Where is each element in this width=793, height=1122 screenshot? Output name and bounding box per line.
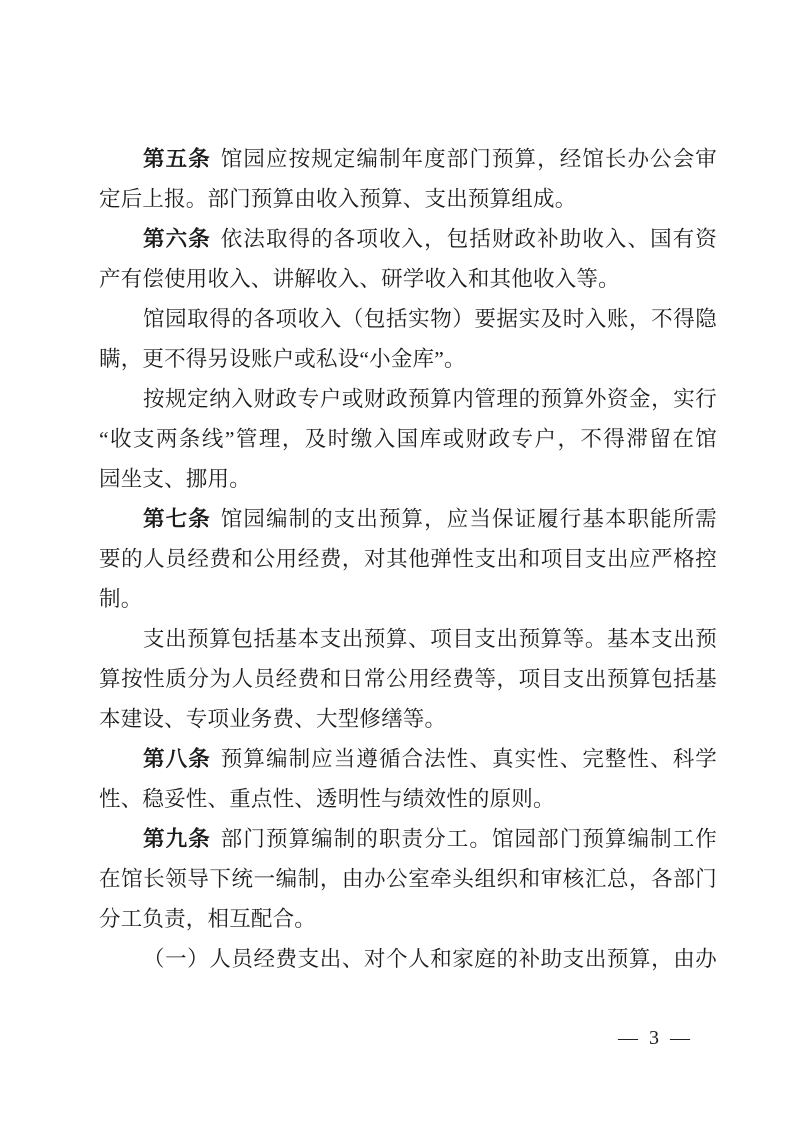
line-text: 瞒，更不得另设账户或私设“小金库”。 [99, 347, 466, 371]
text-line: 第九条部门预算编制的职责分工。馆园部门预算编制工作 [99, 819, 717, 859]
article-number: 第九条 [143, 827, 211, 851]
text-line: “收支两条线”管理，及时缴入国库或财政专户，不得滞留在馆 [99, 419, 717, 459]
line-text: 部门预算编制的职责分工。馆园部门预算编制工作 [221, 827, 717, 851]
text-line: 园坐支、挪用。 [99, 459, 717, 499]
text-line: 瞒，更不得另设账户或私设“小金库”。 [99, 339, 717, 379]
line-text: 制。 [99, 587, 142, 611]
text-line: 在馆长领导下统一编制，由办公室牵头组织和审核汇总，各部门 [99, 859, 717, 899]
text-line: 支出预算包括基本支出预算、项目支出预算等。基本支出预 [99, 619, 717, 659]
text-line: 定后上报。部门预算由收入预算、支出预算组成。 [99, 179, 717, 219]
line-text: （一）人员经费支出、对个人和家庭的补助支出预算，由办 [143, 947, 717, 971]
text-line: 馆园取得的各项收入（包括实物）要据实及时入账，不得隐 [99, 299, 717, 339]
page-number: — 3 — [618, 1023, 693, 1053]
line-text: 支出预算包括基本支出预算、项目支出预算等。基本支出预 [143, 627, 717, 651]
text-line: 产有偿使用收入、讲解收入、研学收入和其他收入等。 [99, 259, 717, 299]
text-line: 制。 [99, 579, 717, 619]
line-text: 馆园编制的支出预算，应当保证履行基本职能所需 [221, 507, 717, 531]
article-number: 第七条 [143, 507, 211, 531]
text-line: 第五条馆园应按规定编制年度部门预算，经馆长办公会审 [99, 139, 717, 179]
line-text: 要的人员经费和公用经费，对其他弹性支出和项目支出应严格控 [99, 547, 717, 571]
line-text: 产有偿使用收入、讲解收入、研学收入和其他收入等。 [99, 267, 620, 291]
text-line: 第六条依法取得的各项收入，包括财政补助收入、国有资 [99, 219, 717, 259]
document-body: 第五条馆园应按规定编制年度部门预算，经馆长办公会审 定后上报。部门预算由收入预算… [99, 139, 717, 979]
line-text: 在馆长领导下统一编制，由办公室牵头组织和审核汇总，各部门 [99, 867, 717, 891]
text-line: 第七条馆园编制的支出预算，应当保证履行基本职能所需 [99, 499, 717, 539]
text-line: 第八条预算编制应当遵循合法性、真实性、完整性、科学 [99, 739, 717, 779]
line-text: 按规定纳入财政专户或财政预算内管理的预算外资金，实行 [143, 387, 717, 411]
text-line: 本建设、专项业务费、大型修缮等。 [99, 699, 717, 739]
line-text: 依法取得的各项收入，包括财政补助收入、国有资 [221, 227, 717, 251]
text-line: （一）人员经费支出、对个人和家庭的补助支出预算，由办 [99, 939, 717, 979]
article-number: 第五条 [143, 147, 211, 171]
line-text: 定后上报。部门预算由收入预算、支出预算组成。 [99, 187, 576, 211]
text-line: 分工负责，相互配合。 [99, 899, 717, 939]
line-text: 性、稳妥性、重点性、透明性与绩效性的原则。 [99, 787, 555, 811]
text-line: 性、稳妥性、重点性、透明性与绩效性的原则。 [99, 779, 717, 819]
line-text: 本建设、专项业务费、大型修缮等。 [99, 707, 446, 731]
line-text: 分工负责，相互配合。 [99, 907, 316, 931]
line-text: 算按性质分为人员经费和日常公用经费等，项目支出预算包括基 [99, 667, 717, 691]
line-text: 预算编制应当遵循合法性、真实性、完整性、科学 [221, 747, 717, 771]
text-line: 算按性质分为人员经费和日常公用经费等，项目支出预算包括基 [99, 659, 717, 699]
text-line: 按规定纳入财政专户或财政预算内管理的预算外资金，实行 [99, 379, 717, 419]
line-text: 园坐支、挪用。 [99, 467, 251, 491]
document-page: 第五条馆园应按规定编制年度部门预算，经馆长办公会审 定后上报。部门预算由收入预算… [0, 0, 793, 1122]
line-text: “收支两条线”管理，及时缴入国库或财政专户，不得滞留在馆 [99, 427, 717, 451]
article-number: 第六条 [143, 227, 211, 251]
line-text: 馆园取得的各项收入（包括实物）要据实及时入账，不得隐 [143, 307, 717, 331]
text-line: 要的人员经费和公用经费，对其他弹性支出和项目支出应严格控 [99, 539, 717, 579]
line-text: 馆园应按规定编制年度部门预算，经馆长办公会审 [221, 147, 717, 171]
article-number: 第八条 [143, 747, 211, 771]
